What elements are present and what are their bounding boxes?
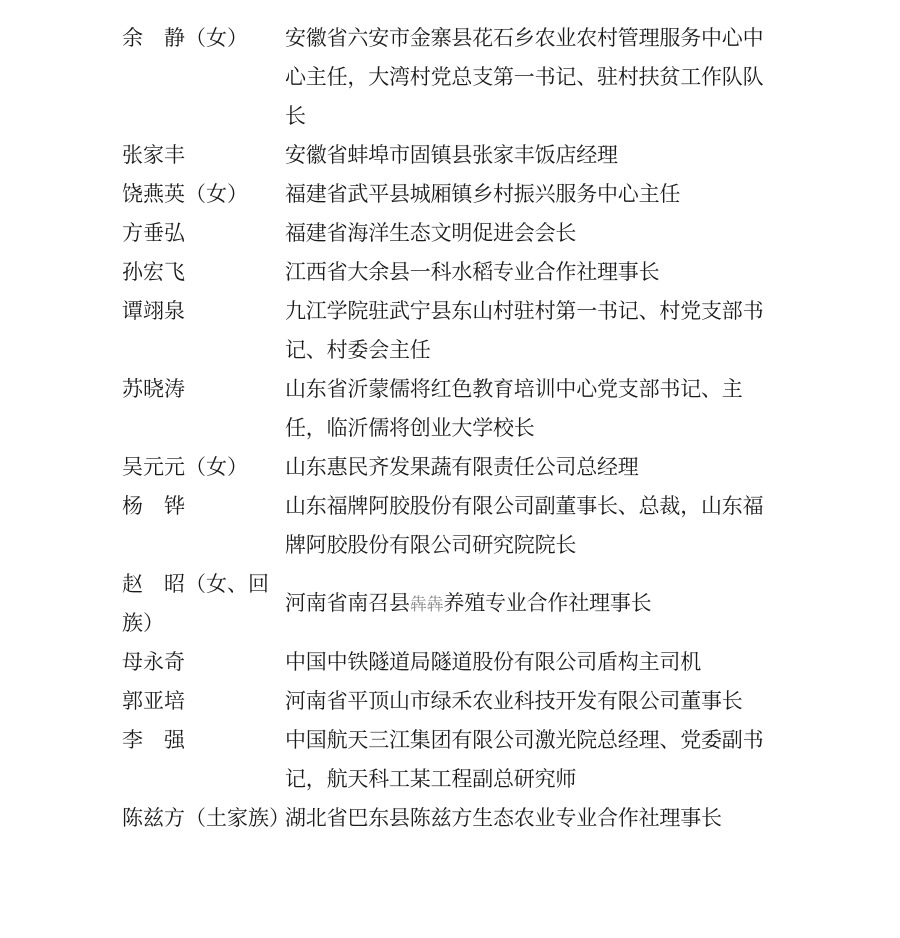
rare-char-image: 犇犇 (410, 595, 444, 615)
person-title: 湖北省巴东县陈兹方生态农业专业合作社理事长 (285, 799, 765, 838)
person-name: 苏晓涛 (122, 370, 285, 409)
person-title: 中国中铁隧道局隧道股份有限公司盾构主司机 (285, 643, 765, 682)
person-name: 谭翊泉 (122, 292, 285, 331)
list-item: 方垂弘 福建省海洋生态文明促进会会长 (122, 214, 772, 253)
list-item: 母永奇 中国中铁隧道局隧道股份有限公司盾构主司机 (122, 643, 772, 682)
list-item: 郭亚培 河南省平顶山市绿禾农业科技开发有限公司董事长 (122, 682, 772, 721)
person-title: 九江学院驻武宁县东山村驻村第一书记、村党支部书记、村委会主任 (285, 292, 765, 370)
person-title: 福建省武平县城厢镇乡村振兴服务中心主任 (285, 175, 765, 214)
list-item: 张家丰 安徽省蚌埠市固镇县张家丰饭店经理 (122, 136, 772, 175)
person-title: 江西省大余县一科水稻专业合作社理事长 (285, 253, 765, 292)
person-name: 赵 昭（女、回族） (122, 565, 285, 643)
person-title: 河南省平顶山市绿禾农业科技开发有限公司董事长 (285, 682, 765, 721)
list-item: 苏晓涛 山东省沂蒙儒将红色教育培训中心党支部书记、主任，临沂儒将创业大学校长 (122, 370, 772, 448)
title-text: 河南省南召县 (285, 591, 410, 615)
person-title: 安徽省六安市金寨县花石乡农业农村管理服务中心中心主任，大湾村党总支第一书记、驻村… (285, 19, 765, 136)
list-item: 陈兹方（土家族） 湖北省巴东县陈兹方生态农业专业合作社理事长 (122, 799, 772, 838)
person-title: 福建省海洋生态文明促进会会长 (285, 214, 765, 253)
person-name: 母永奇 (122, 643, 285, 682)
person-title: 山东福牌阿胶股份有限公司副董事长、总裁，山东福牌阿胶股份有限公司研究院院长 (285, 487, 765, 565)
person-title: 山东惠民齐发果蔬有限责任公司总经理 (285, 448, 765, 487)
person-name: 张家丰 (122, 136, 285, 175)
list-item: 余 静（女） 安徽省六安市金寨县花石乡农业农村管理服务中心中心主任，大湾村党总支… (122, 19, 772, 136)
list-item: 孙宏飞 江西省大余县一科水稻专业合作社理事长 (122, 253, 772, 292)
list-item: 赵 昭（女、回族） 河南省南召县犇犇养殖专业合作社理事长 (122, 565, 772, 643)
person-name: 陈兹方（土家族） (122, 799, 285, 838)
person-name: 郭亚培 (122, 682, 285, 721)
person-name: 余 静（女） (122, 19, 285, 58)
list-item: 谭翊泉 九江学院驻武宁县东山村驻村第一书记、村党支部书记、村委会主任 (122, 292, 772, 370)
person-name: 杨 铧 (122, 487, 285, 526)
list-item: 吴元元（女） 山东惠民齐发果蔬有限责任公司总经理 (122, 448, 772, 487)
person-name: 方垂弘 (122, 214, 285, 253)
title-text: 养殖专业合作社理事长 (443, 591, 651, 615)
honoree-list: 余 静（女） 安徽省六安市金寨县花石乡农业农村管理服务中心中心主任，大湾村党总支… (122, 19, 772, 838)
person-title: 中国航天三江集团有限公司激光院总经理、党委副书记，航天科工某工程副总研究师 (285, 721, 765, 799)
person-title: 山东省沂蒙儒将红色教育培训中心党支部书记、主任，临沂儒将创业大学校长 (285, 370, 765, 448)
person-title: 安徽省蚌埠市固镇县张家丰饭店经理 (285, 136, 765, 175)
list-item: 李 强 中国航天三江集团有限公司激光院总经理、党委副书记，航天科工某工程副总研究… (122, 721, 772, 799)
person-title: 河南省南召县犇犇养殖专业合作社理事长 (285, 584, 765, 625)
person-name: 孙宏飞 (122, 253, 285, 292)
person-name: 李 强 (122, 721, 285, 760)
list-item: 杨 铧 山东福牌阿胶股份有限公司副董事长、总裁，山东福牌阿胶股份有限公司研究院院… (122, 487, 772, 565)
person-name: 饶燕英（女） (122, 175, 285, 214)
person-name: 吴元元（女） (122, 448, 285, 487)
list-item: 饶燕英（女） 福建省武平县城厢镇乡村振兴服务中心主任 (122, 175, 772, 214)
